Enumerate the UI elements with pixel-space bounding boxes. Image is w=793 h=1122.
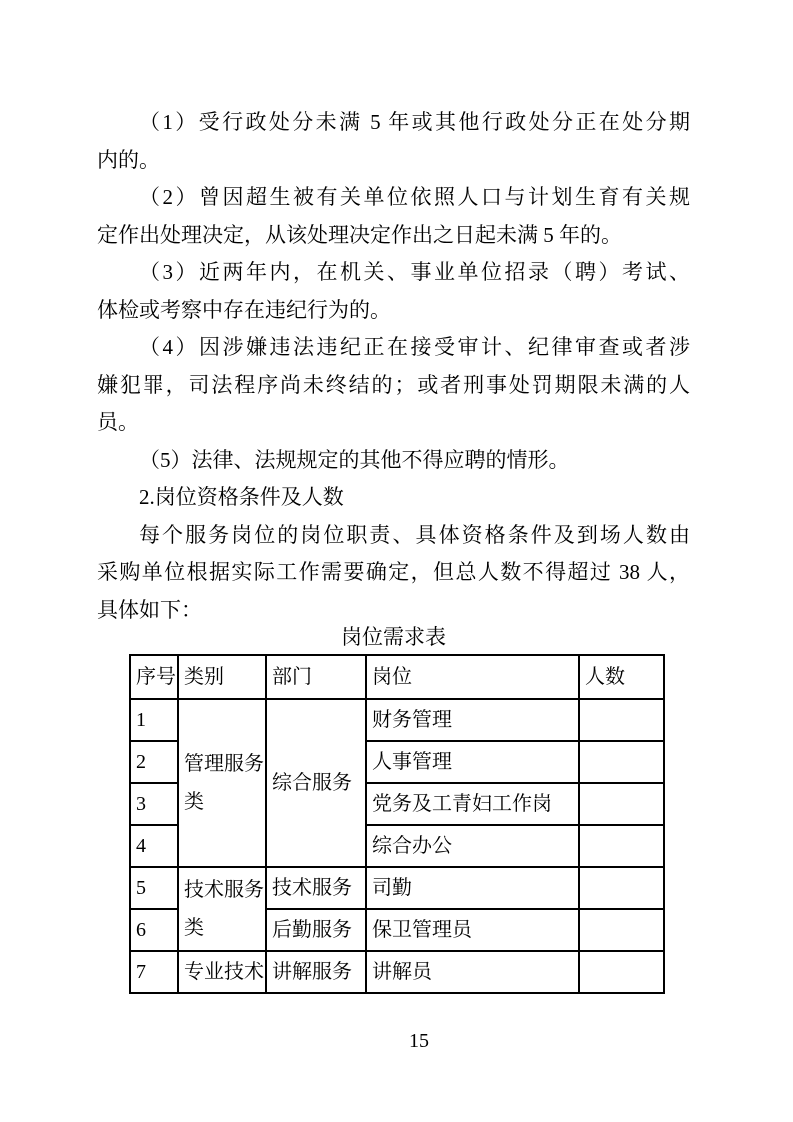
text-line: 体检或考察中存在违纪行为的。 [97, 292, 690, 330]
page-number: 15 [0, 1029, 793, 1053]
cell-post: 人事管理 [366, 741, 579, 783]
cell-seq: 2 [130, 741, 178, 783]
position-requirements-table: 序号类别部门岗位人数 1管理服务类综合服务财务管理2人事管理3党务及工青妇工作岗… [129, 654, 665, 994]
cell-headcount [579, 825, 664, 867]
cell-headcount [579, 909, 664, 951]
text-line: 定作出处理决定，从该处理决定作出之日起未满 5 年的。 [97, 217, 690, 255]
cell-department: 综合服务 [266, 699, 366, 867]
cell-category: 技术服务类 [178, 867, 266, 951]
cell-seq: 1 [130, 699, 178, 741]
text-line: 2.岗位资格条件及人数 [97, 479, 690, 517]
column-header: 岗位 [366, 655, 579, 699]
table-title: 岗位需求表 [97, 621, 690, 653]
cell-post: 党务及工青妇工作岗 [366, 783, 579, 825]
text-line: 采购单位根据实际工作需要确定，但总人数不得超过 38 人， [97, 554, 690, 592]
cell-headcount [579, 699, 664, 741]
position-table-wrap: 序号类别部门岗位人数 1管理服务类综合服务财务管理2人事管理3党务及工青妇工作岗… [129, 654, 665, 994]
text-line: 内的。 [97, 142, 690, 180]
cell-headcount [579, 951, 664, 993]
text-line: 嫌犯罪，司法程序尚未终结的；或者刑事处罚期限未满的人 [97, 367, 690, 405]
text-line: （4）因涉嫌违法违纪正在接受审计、纪律审查或者涉 [97, 329, 690, 367]
text-line: （1）受行政处分未满 5 年或其他行政处分正在处分期 [97, 104, 690, 142]
table-row: 7专业技术讲解服务讲解员 [130, 951, 664, 993]
cell-seq: 7 [130, 951, 178, 993]
cell-seq: 6 [130, 909, 178, 951]
text-line: 员。 [97, 404, 690, 442]
cell-post: 财务管理 [366, 699, 579, 741]
cell-post: 讲解员 [366, 951, 579, 993]
cell-headcount [579, 783, 664, 825]
cell-seq: 3 [130, 783, 178, 825]
table-row: 1管理服务类综合服务财务管理 [130, 699, 664, 741]
text-line: （3）近两年内，在机关、事业单位招录（聘）考试、 [97, 254, 690, 292]
cell-department: 技术服务 [266, 867, 366, 909]
column-header: 人数 [579, 655, 664, 699]
text-line: （2）曾因超生被有关单位依照人口与计划生育有关规 [97, 179, 690, 217]
cell-seq: 5 [130, 867, 178, 909]
cell-seq: 4 [130, 825, 178, 867]
column-header: 部门 [266, 655, 366, 699]
cell-category: 专业技术 [178, 951, 266, 993]
cell-post: 司勤 [366, 867, 579, 909]
cell-headcount [579, 741, 664, 783]
cell-headcount [579, 867, 664, 909]
cell-post: 保卫管理员 [366, 909, 579, 951]
column-header: 类别 [178, 655, 266, 699]
cell-post: 综合办公 [366, 825, 579, 867]
table-row: 5技术服务类技术服务司勤 [130, 867, 664, 909]
column-header: 序号 [130, 655, 178, 699]
document-page: （1）受行政处分未满 5 年或其他行政处分正在处分期内的。（2）曾因超生被有关单… [0, 0, 793, 1122]
cell-department: 后勤服务 [266, 909, 366, 951]
cell-department: 讲解服务 [266, 951, 366, 993]
table-header-row: 序号类别部门岗位人数 [130, 655, 664, 699]
text-line: （5）法律、法规规定的其他不得应聘的情形。 [97, 442, 690, 480]
cell-category: 管理服务类 [178, 699, 266, 867]
body-text: （1）受行政处分未满 5 年或其他行政处分正在处分期内的。（2）曾因超生被有关单… [97, 104, 690, 629]
text-line: 每个服务岗位的岗位职责、具体资格条件及到场人数由 [97, 517, 690, 555]
